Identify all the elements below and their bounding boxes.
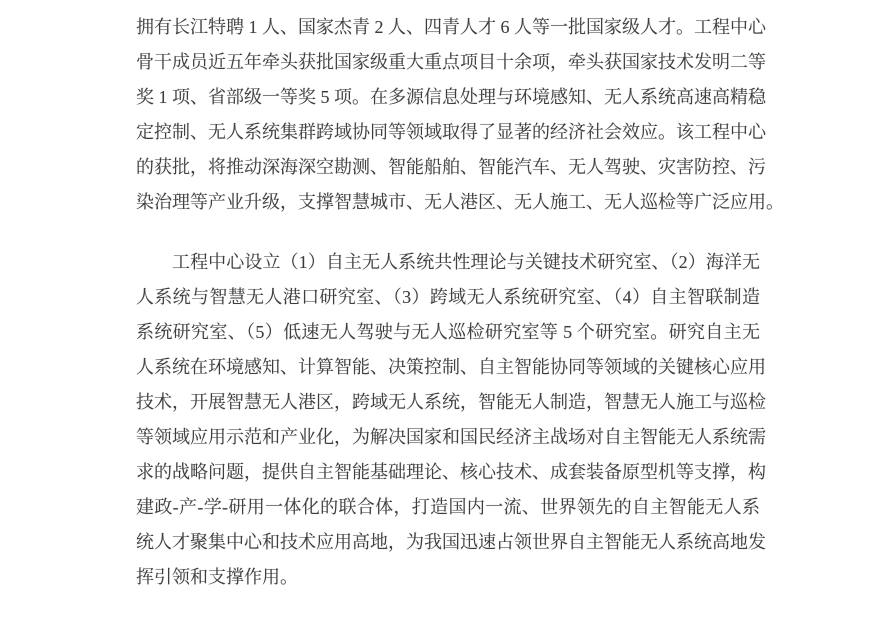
text-line: 的获批，将推动深海深空勘测、智能船舶、智能汽车、无人驾驶、灾害防控、污	[136, 150, 760, 185]
text-line: 人系统在环境感知、计算智能、决策控制、自主智能协同等领域的关键核心应用	[136, 350, 760, 385]
text-line: 定控制、无人系统集群跨域协同等领域取得了显著的经济社会效应。该工程中心	[136, 115, 760, 150]
document-body: 拥有长江特聘 1 人、国家杰青 2 人、四青人才 6 人等一批国家级人才。工程中…	[136, 10, 760, 595]
text-line: 奖 1 项、省部级一等奖 5 项。在多源信息处理与环境感知、无人系统高速高精稳	[136, 80, 760, 115]
text-line: 技术，开展智慧无人港区，跨域无人系统，智能无人制造，智慧无人施工与巡检	[136, 385, 760, 420]
text-line: 工程中心设立（1）自主无人系统共性理论与关键技术研究室、（2）海洋无	[136, 245, 760, 280]
text-line: 求的战略问题，提供自主智能基础理论、核心技术、成套装备原型机等支撑，构	[136, 455, 760, 490]
text-line: 人系统与智慧无人港口研究室、（3）跨域无人系统研究室、（4）自主智联制造	[136, 280, 760, 315]
document-page: 拥有长江特聘 1 人、国家杰青 2 人、四青人才 6 人等一批国家级人才。工程中…	[0, 0, 892, 628]
text-line: 拥有长江特聘 1 人、国家杰青 2 人、四青人才 6 人等一批国家级人才。工程中…	[136, 10, 760, 45]
text-line: 等领域应用示范和产业化，为解决国家和国民经济主战场对自主智能无人系统需	[136, 420, 760, 455]
text-line: 统人才聚集中心和技术应用高地，为我国迅速占领世界自主智能无人系统高地发	[136, 525, 760, 560]
text-line: 挥引领和支撑作用。	[136, 560, 760, 595]
text-line: 骨干成员近五年牵头获批国家级重大重点项目十余项，牵头获国家技术发明二等	[136, 45, 760, 80]
paragraph-1: 拥有长江特聘 1 人、国家杰青 2 人、四青人才 6 人等一批国家级人才。工程中…	[136, 10, 760, 220]
paragraph-2: 工程中心设立（1）自主无人系统共性理论与关键技术研究室、（2）海洋无 人系统与智…	[136, 245, 760, 595]
text-line: 染治理等产业升级，支撑智慧城市、无人港区、无人施工、无人巡检等广泛应用。	[136, 185, 760, 220]
text-line: 建政-产-学-研用一体化的联合体，打造国内一流、世界领先的自主智能无人系	[136, 490, 760, 525]
text-line: 系统研究室、（5）低速无人驾驶与无人巡检研究室等 5 个研究室。研究自主无	[136, 315, 760, 350]
